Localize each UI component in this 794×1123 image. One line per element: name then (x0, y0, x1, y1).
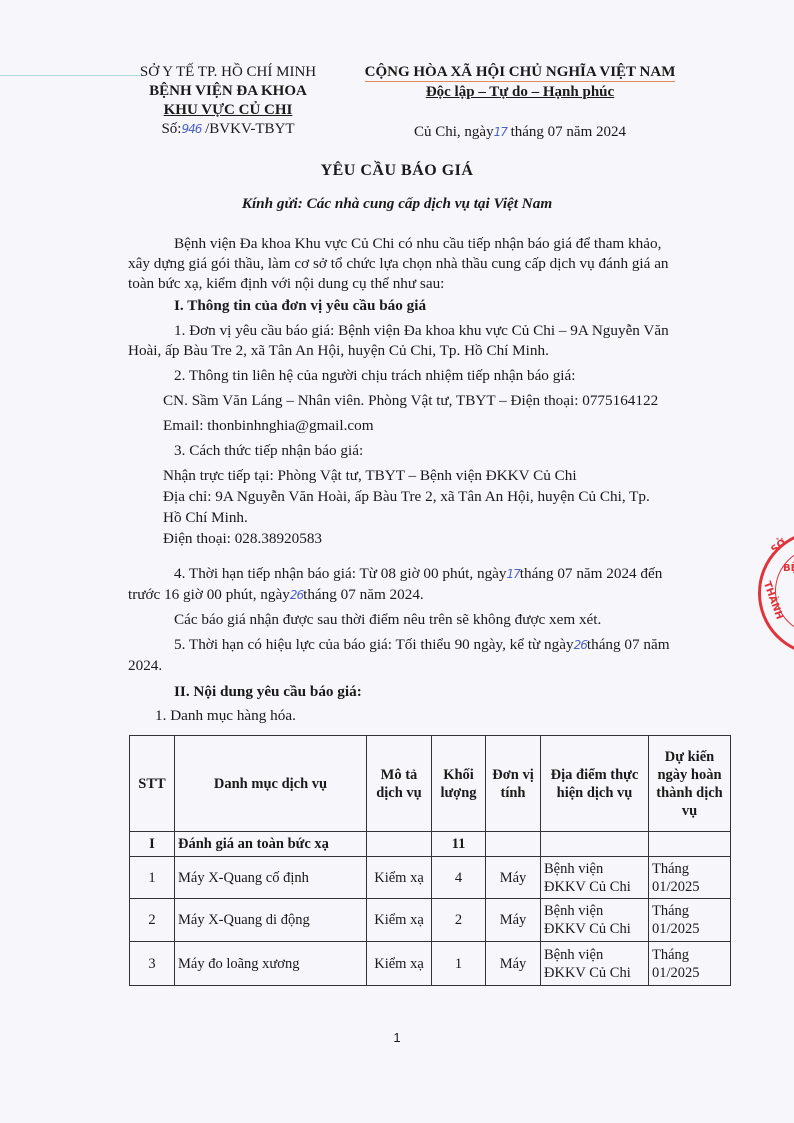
handwritten-day: 17 (494, 125, 507, 139)
section-2-heading: II. Nội dung yêu cầu báo giá: (174, 681, 362, 703)
group-stt: I (130, 832, 175, 857)
s1-email: Email: thonbinhnghia@gmail.com (163, 415, 374, 437)
dept-name: SỞ Y TẾ TP. HỒ CHÍ MINH (128, 64, 328, 81)
col-header-place: Địa điểm thực hiện dịch vụ (541, 736, 649, 832)
s1-phone: Điện thoại: 028.38920583 (163, 528, 322, 550)
s1-item5-line1: 5. Thời hạn có hiệu lực của báo giá: Tối… (174, 634, 670, 656)
header-left: SỞ Y TẾ TP. HỒ CHÍ MINH BỆNH VIỆN ĐA KHO… (128, 64, 328, 138)
table-group-row: I Đánh giá an toàn bức xạ 11 (130, 832, 731, 857)
table-header-row: STT Danh mục dịch vụ Mô tả dịch vụ Khối … (130, 736, 731, 832)
table-row: 3 Máy đo loãng xương Kiểm xạ 1 Máy Bệnh … (130, 942, 731, 986)
col-header-service: Danh mục dịch vụ (175, 736, 367, 832)
s1-item2: 2. Thông tin liên hệ của người chịu trác… (174, 365, 575, 387)
handwritten-day-start: 17 (507, 567, 520, 581)
col-header-qty: Khối lượng (432, 736, 486, 832)
col-header-desc: Mô tả dịch vụ (367, 736, 432, 832)
salutation: Kính gửi: Các nhà cung cấp dịch vụ tại V… (0, 193, 794, 215)
s1-item1-line2: Hoài, ấp Bàu Tre 2, xã Tân An Hội, huyện… (128, 340, 549, 362)
s1-item3: 3. Cách thức tiếp nhận báo giá: (174, 440, 363, 462)
table-row: 1 Máy X-Quang cố định Kiểm xạ 4 Máy Bệnh… (130, 857, 731, 899)
group-qty: 11 (432, 832, 486, 857)
intro-line-2: xây dựng giá gói thầu, làm cơ sở tổ chức… (128, 253, 669, 275)
hospital-name: BỆNH VIỆN ĐA KHOA (128, 83, 328, 100)
s1-item4-line2: trước 16 giờ 00 phút, ngày26tháng 07 năm… (128, 584, 424, 606)
section-1-heading: I. Thông tin của đơn vị yêu cầu báo giá (174, 295, 426, 317)
document-title: YÊU CẦU BÁO GIÁ (0, 162, 794, 180)
intro-line-3: toàn bức xạ, kiểm định với nội dung cụ t… (128, 273, 444, 295)
scan-artifact-line (0, 75, 140, 76)
services-table: STT Danh mục dịch vụ Mô tả dịch vụ Khối … (129, 735, 731, 986)
issue-date: Củ Chi, ngày17 tháng 07 năm 2024 (340, 124, 700, 141)
national-title: CỘNG HÒA XÃ HỘI CHỦ NGHĨA VIỆT NAM (365, 64, 676, 82)
handwritten-day-end: 26 (290, 588, 303, 602)
doc-number: Số:946 /BVKV-TBYT (128, 121, 328, 138)
s1-contact: CN. Sầm Văn Láng – Nhân viên. Phòng Vật … (163, 390, 658, 412)
intro-line-1: Bệnh viện Đa khoa Khu vực Củ Chi có nhu … (174, 233, 661, 255)
header-right: CỘNG HÒA XÃ HỘI CHỦ NGHĨA VIỆT NAM Độc l… (340, 64, 700, 141)
handwritten-doc-number: 946 (181, 122, 201, 136)
s1-receive: Nhận trực tiếp tại: Phòng Vật tư, TBYT –… (163, 465, 577, 487)
group-name: Đánh giá an toàn bức xạ (175, 832, 367, 857)
col-header-due: Dự kiến ngày hoàn thành dịch vụ (649, 736, 731, 832)
s1-item5-line2: 2024. (128, 655, 162, 677)
handwritten-day-valid: 26 (574, 638, 587, 652)
hospital-region: KHU VỰC CỦ CHI (128, 102, 328, 119)
official-stamp: SỞ BỆ THÀNH (758, 530, 794, 656)
page-number: 1 (0, 1030, 794, 1045)
national-motto: Độc lập – Tự do – Hạnh phúc (340, 84, 700, 101)
s1-address-line2: Hồ Chí Minh. (163, 507, 248, 529)
s1-late-note: Các báo giá nhận được sau thời điểm nêu … (174, 609, 601, 631)
s1-item1-line1: 1. Đơn vị yêu cầu báo giá: Bệnh viện Đa … (174, 320, 669, 342)
col-header-unit: Đơn vị tính (486, 736, 541, 832)
s1-address-line1: Địa chỉ: 9A Nguyễn Văn Hoài, ấp Bàu Tre … (163, 486, 650, 508)
col-header-stt: STT (130, 736, 175, 832)
s1-item4-line1: 4. Thời hạn tiếp nhận báo giá: Từ 08 giờ… (174, 563, 662, 585)
s2-sub1: 1. Danh mục hàng hóa. (155, 705, 296, 727)
table-row: 2 Máy X-Quang di động Kiểm xạ 2 Máy Bệnh… (130, 899, 731, 942)
